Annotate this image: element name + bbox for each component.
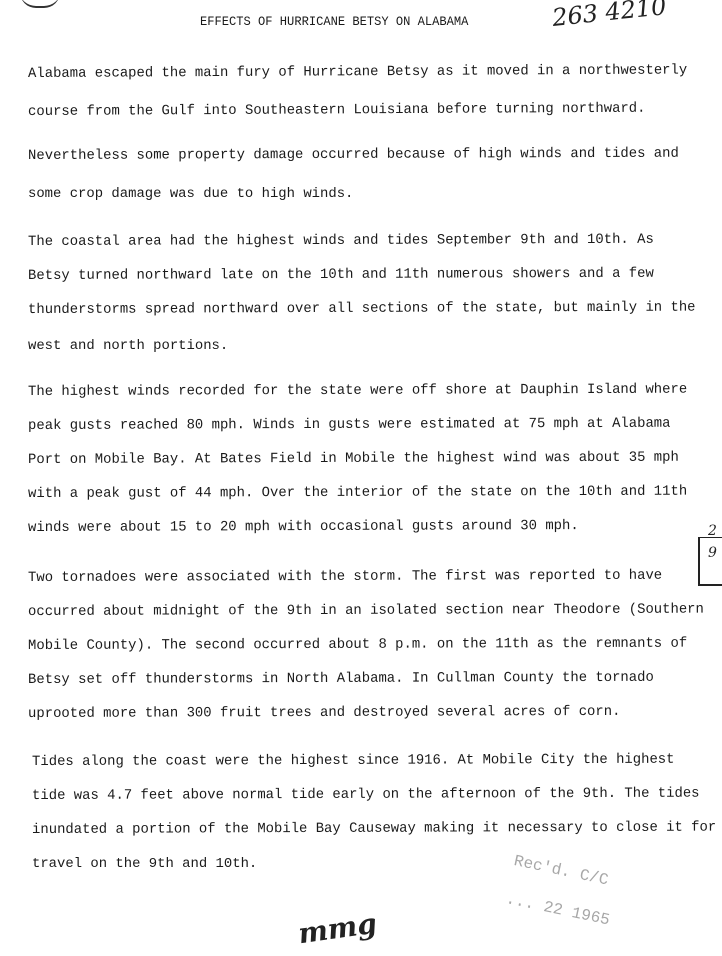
text-line: Mobile County). The second occurred abou… — [28, 636, 687, 654]
text-line: west and north portions. — [28, 338, 228, 354]
text-line: Two tornadoes were associated with the s… — [28, 568, 662, 586]
received-stamp-line1: Rec'd. C/C — [512, 852, 610, 890]
text-line: Alabama escaped the main fury of Hurrica… — [28, 62, 687, 82]
text-line: winds were about 15 to 20 mph with occas… — [28, 518, 579, 536]
text-line: inundated a portion of the Mobile Bay Ca… — [32, 820, 716, 838]
handwritten-mark — [20, 0, 60, 8]
text-line: Nevertheless some property damage occurr… — [28, 146, 679, 164]
text-line: with a peak gust of 44 mph. Over the int… — [28, 484, 687, 502]
text-line: The highest winds recorded for the state… — [28, 382, 687, 400]
text-line: uprooted more than 300 fruit trees and d… — [28, 704, 620, 722]
received-stamp-line2: ... 22 1965 — [504, 890, 611, 930]
document-title: EFFECTS OF HURRICANE BETSY ON ALABAMA — [200, 14, 468, 29]
text-line: Port on Mobile Bay. At Bates Field in Mo… — [28, 450, 679, 468]
text-line: some crop damage was due to high winds. — [28, 186, 353, 202]
handwritten-signature: mmg — [296, 907, 379, 951]
text-line: course from the Gulf into Southeastern L… — [28, 101, 646, 120]
text-line: tide was 4.7 feet above normal tide earl… — [32, 786, 700, 804]
text-line: travel on the 9th and 10th. — [32, 856, 257, 872]
text-line: occurred about midnight of the 9th in an… — [28, 602, 704, 620]
margin-note: 2 9 — [708, 520, 722, 564]
text-line: Tides along the coast were the highest s… — [32, 752, 675, 770]
document-page: EFFECTS OF HURRICANE BETSY ON ALABAMA 26… — [0, 0, 722, 956]
text-line: Betsy set off thunderstorms in North Ala… — [28, 670, 654, 688]
text-line: Betsy turned northward late on the 10th … — [28, 266, 654, 284]
text-line: The coastal area had the highest winds a… — [28, 232, 654, 250]
text-line: peak gusts reached 80 mph. Winds in gust… — [28, 416, 671, 434]
text-line: thunderstorms spread northward over all … — [28, 300, 696, 318]
handwritten-page-ref: 263 4210 — [551, 0, 668, 32]
